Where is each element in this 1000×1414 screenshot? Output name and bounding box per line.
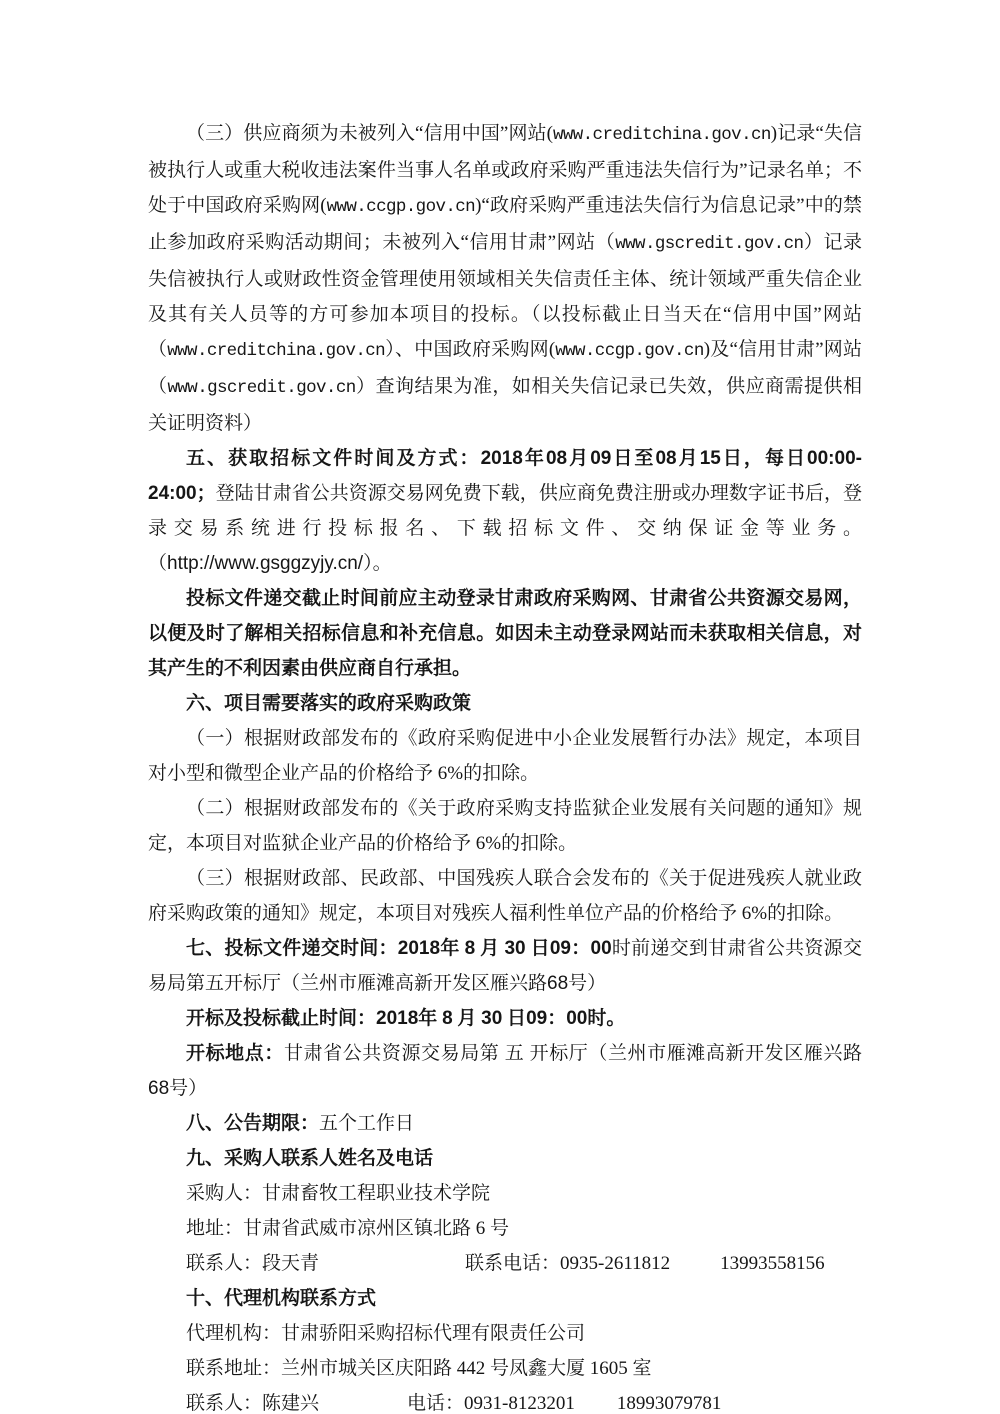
text-segment: 8 — [442, 1008, 453, 1029]
text-segment: http://www.gsggzyjy.cn/ — [167, 553, 363, 574]
text-segment: 五、获取招标文件时间及方式： — [186, 448, 481, 469]
text-segment: 地址：甘肃省武威市凉州区镇北路 6 号 — [186, 1218, 509, 1239]
text-segment: 8 — [465, 938, 476, 959]
text-segment: （三）供应商须为未被列入“信用中国”网站( — [186, 123, 553, 144]
text-segment: 68 — [148, 1078, 169, 1099]
text-segment: 09 — [526, 1008, 547, 1029]
text-segment: 日 — [526, 938, 550, 959]
clause-3-supplier-credit: （三）供应商须为未被列入“信用中国”网站(www.creditchina.gov… — [148, 116, 862, 441]
text-segment: www.gscredit.gov.cn — [167, 378, 355, 398]
text-segment: ）。 — [363, 553, 392, 574]
text-segment: 代理机构：甘肃骄阳采购招标代理有限责任公司 — [186, 1323, 585, 1344]
section-5-document-acquisition: 五、获取招标文件时间及方式：2018年08月09日至08月15日，每日00:00… — [148, 441, 862, 581]
text-segment: 30 — [481, 1008, 502, 1029]
policy-1-small-enterprises: （一）根据财政部发布的《政府采购促进中小企业发展暂行办法》规定，本项目对小型和微… — [148, 721, 862, 791]
text-segment: www.creditchina.gov.cn — [553, 125, 771, 145]
text-segment: 18993079781 — [617, 1393, 722, 1414]
text-segment: 日，每日 — [721, 448, 807, 469]
text-segment: 2018 — [376, 1008, 418, 1029]
text-segment: 采购人：甘肃畜牧工程职业技术学院 — [186, 1183, 490, 1204]
bid-opening-deadline: 开标及投标截止时间：2018年 8 月 30 日09：00时。 — [148, 1001, 862, 1036]
text-segment: （一）根据财政部发布的《政府采购促进中小企业发展暂行办法》规定，本项目对小型和微… — [148, 728, 862, 784]
text-segment: 月 — [475, 938, 504, 959]
text-segment: 30 — [504, 938, 525, 959]
text-segment: 时。 — [587, 1008, 625, 1029]
bid-opening-location: 开标地点：甘肃省公共资源交易局第 五 开标厅（兰州市雁滩高新开发区雁兴路68号） — [148, 1036, 862, 1106]
text-segment: 八、公告期限： — [186, 1113, 319, 1134]
text-segment: 68 — [547, 973, 568, 994]
text-segment: 年 — [440, 938, 465, 959]
text-segment: 联系人：陈建兴 — [186, 1393, 319, 1414]
section-6-heading-procurement-policies: 六、项目需要落实的政府采购政策 — [148, 686, 862, 721]
text-segment: 月 — [453, 1008, 482, 1029]
text-segment: 号） — [169, 1078, 207, 1099]
text-segment: 月 — [567, 448, 590, 469]
text-segment: 投标文件递交截止时间前应主动登录甘肃政府采购网、甘肃省公共资源交易网，以便及时了… — [148, 588, 862, 679]
policy-2-prison-enterprises: （二）根据财政部发布的《关于政府采购支持监狱企业发展有关问题的通知》规定，本项目… — [148, 791, 862, 861]
text-segment: 五个工作日 — [319, 1113, 414, 1134]
text-segment: （三）根据财政部、民政部、中国残疾人联合会发布的《关于促进残疾人就业政府采购政策… — [148, 868, 862, 924]
text-segment: www.gscredit.gov.cn — [615, 234, 803, 254]
text-segment: 联系电话：0935-2611812 — [465, 1253, 670, 1274]
text-segment: 月 — [677, 448, 700, 469]
text-segment: 六、项目需要落实的政府采购政策 — [186, 693, 471, 714]
section-7-bid-submission-time: 七、投标文件递交时间：2018年 8 月 30 日09：00时前递交到甘肃省公共… — [148, 931, 862, 1001]
text-segment: 09 — [550, 938, 571, 959]
document-content: （三）供应商须为未被列入“信用中国”网站(www.creditchina.gov… — [148, 116, 862, 1414]
agency-contact-line: 联系人：陈建兴电话：0931-812320118993079781 — [148, 1386, 862, 1414]
section-9-heading-purchaser-contact: 九、采购人联系人姓名及电话 — [148, 1141, 862, 1176]
text-segment: 号） — [568, 973, 606, 994]
text-segment: 08 — [546, 448, 567, 469]
policy-3-disabled-welfare-units: （三）根据财政部、民政部、中国残疾人联合会发布的《关于促进残疾人就业政府采购政策… — [148, 861, 862, 931]
text-segment: 年 — [523, 448, 546, 469]
text-segment: ）、中国政府采购网( — [385, 339, 555, 360]
text-segment: 09 — [590, 448, 611, 469]
document-page: （三）供应商须为未被列入“信用中国”网站(www.creditchina.gov… — [0, 0, 1000, 1414]
text-segment: 2018 — [481, 448, 523, 469]
text-segment: ； — [197, 483, 216, 504]
agency-name: 代理机构：甘肃骄阳采购招标代理有限责任公司 — [148, 1316, 862, 1351]
text-segment: 日 — [502, 1008, 526, 1029]
purchaser-contact-line: 联系人：段天青联系电话：0935-261181213993558156 — [148, 1246, 862, 1281]
text-segment: ： — [571, 938, 591, 959]
text-segment: 年 — [418, 1008, 442, 1029]
section-10-heading-agency-contact: 十、代理机构联系方式 — [148, 1281, 862, 1316]
text-segment: 电话：0931-8123201 — [407, 1393, 575, 1414]
text-segment: www.ccgp.gov.cn — [327, 197, 476, 217]
section-8-announcement-period: 八、公告期限：五个工作日 — [148, 1106, 862, 1141]
text-segment: 联系地址：兰州市城关区庆阳路 442 号凤鑫大厦 1605 室 — [186, 1358, 652, 1379]
text-segment: 九、采购人联系人姓名及电话 — [186, 1148, 433, 1169]
text-segment: 15 — [700, 448, 721, 469]
text-segment: 十、代理机构联系方式 — [186, 1288, 376, 1309]
text-segment: 开标地点： — [186, 1043, 284, 1064]
text-segment: 2018 — [398, 938, 440, 959]
text-segment: 七、投标文件递交时间： — [186, 938, 398, 959]
notice-login-websites: 投标文件递交截止时间前应主动登录甘肃政府采购网、甘肃省公共资源交易网，以便及时了… — [148, 581, 862, 686]
agency-address: 联系地址：兰州市城关区庆阳路 442 号凤鑫大厦 1605 室 — [148, 1351, 862, 1386]
text-segment: 日至 — [611, 448, 655, 469]
text-segment: 08 — [655, 448, 676, 469]
text-segment: （二）根据财政部发布的《关于政府采购支持监狱企业发展有关问题的通知》规定，本项目… — [148, 798, 862, 854]
text-segment: 00 — [566, 1008, 587, 1029]
text-segment: ： — [547, 1008, 566, 1029]
text-segment: www.ccgp.gov.cn — [555, 341, 704, 361]
purchaser-address: 地址：甘肃省武威市凉州区镇北路 6 号 — [148, 1211, 862, 1246]
text-segment: www.creditchina.gov.cn — [167, 341, 385, 361]
text-segment: 联系人：段天青 — [186, 1253, 319, 1274]
text-segment: 13993558156 — [720, 1253, 825, 1274]
text-segment: 00 — [591, 938, 612, 959]
text-segment: 甘肃省公共资源交易局第 五 开标厅（兰州市雁滩高新开发区雁兴路 — [284, 1043, 862, 1064]
purchaser-name: 采购人：甘肃畜牧工程职业技术学院 — [148, 1176, 862, 1211]
text-segment: 开标及投标截止时间： — [186, 1008, 376, 1029]
